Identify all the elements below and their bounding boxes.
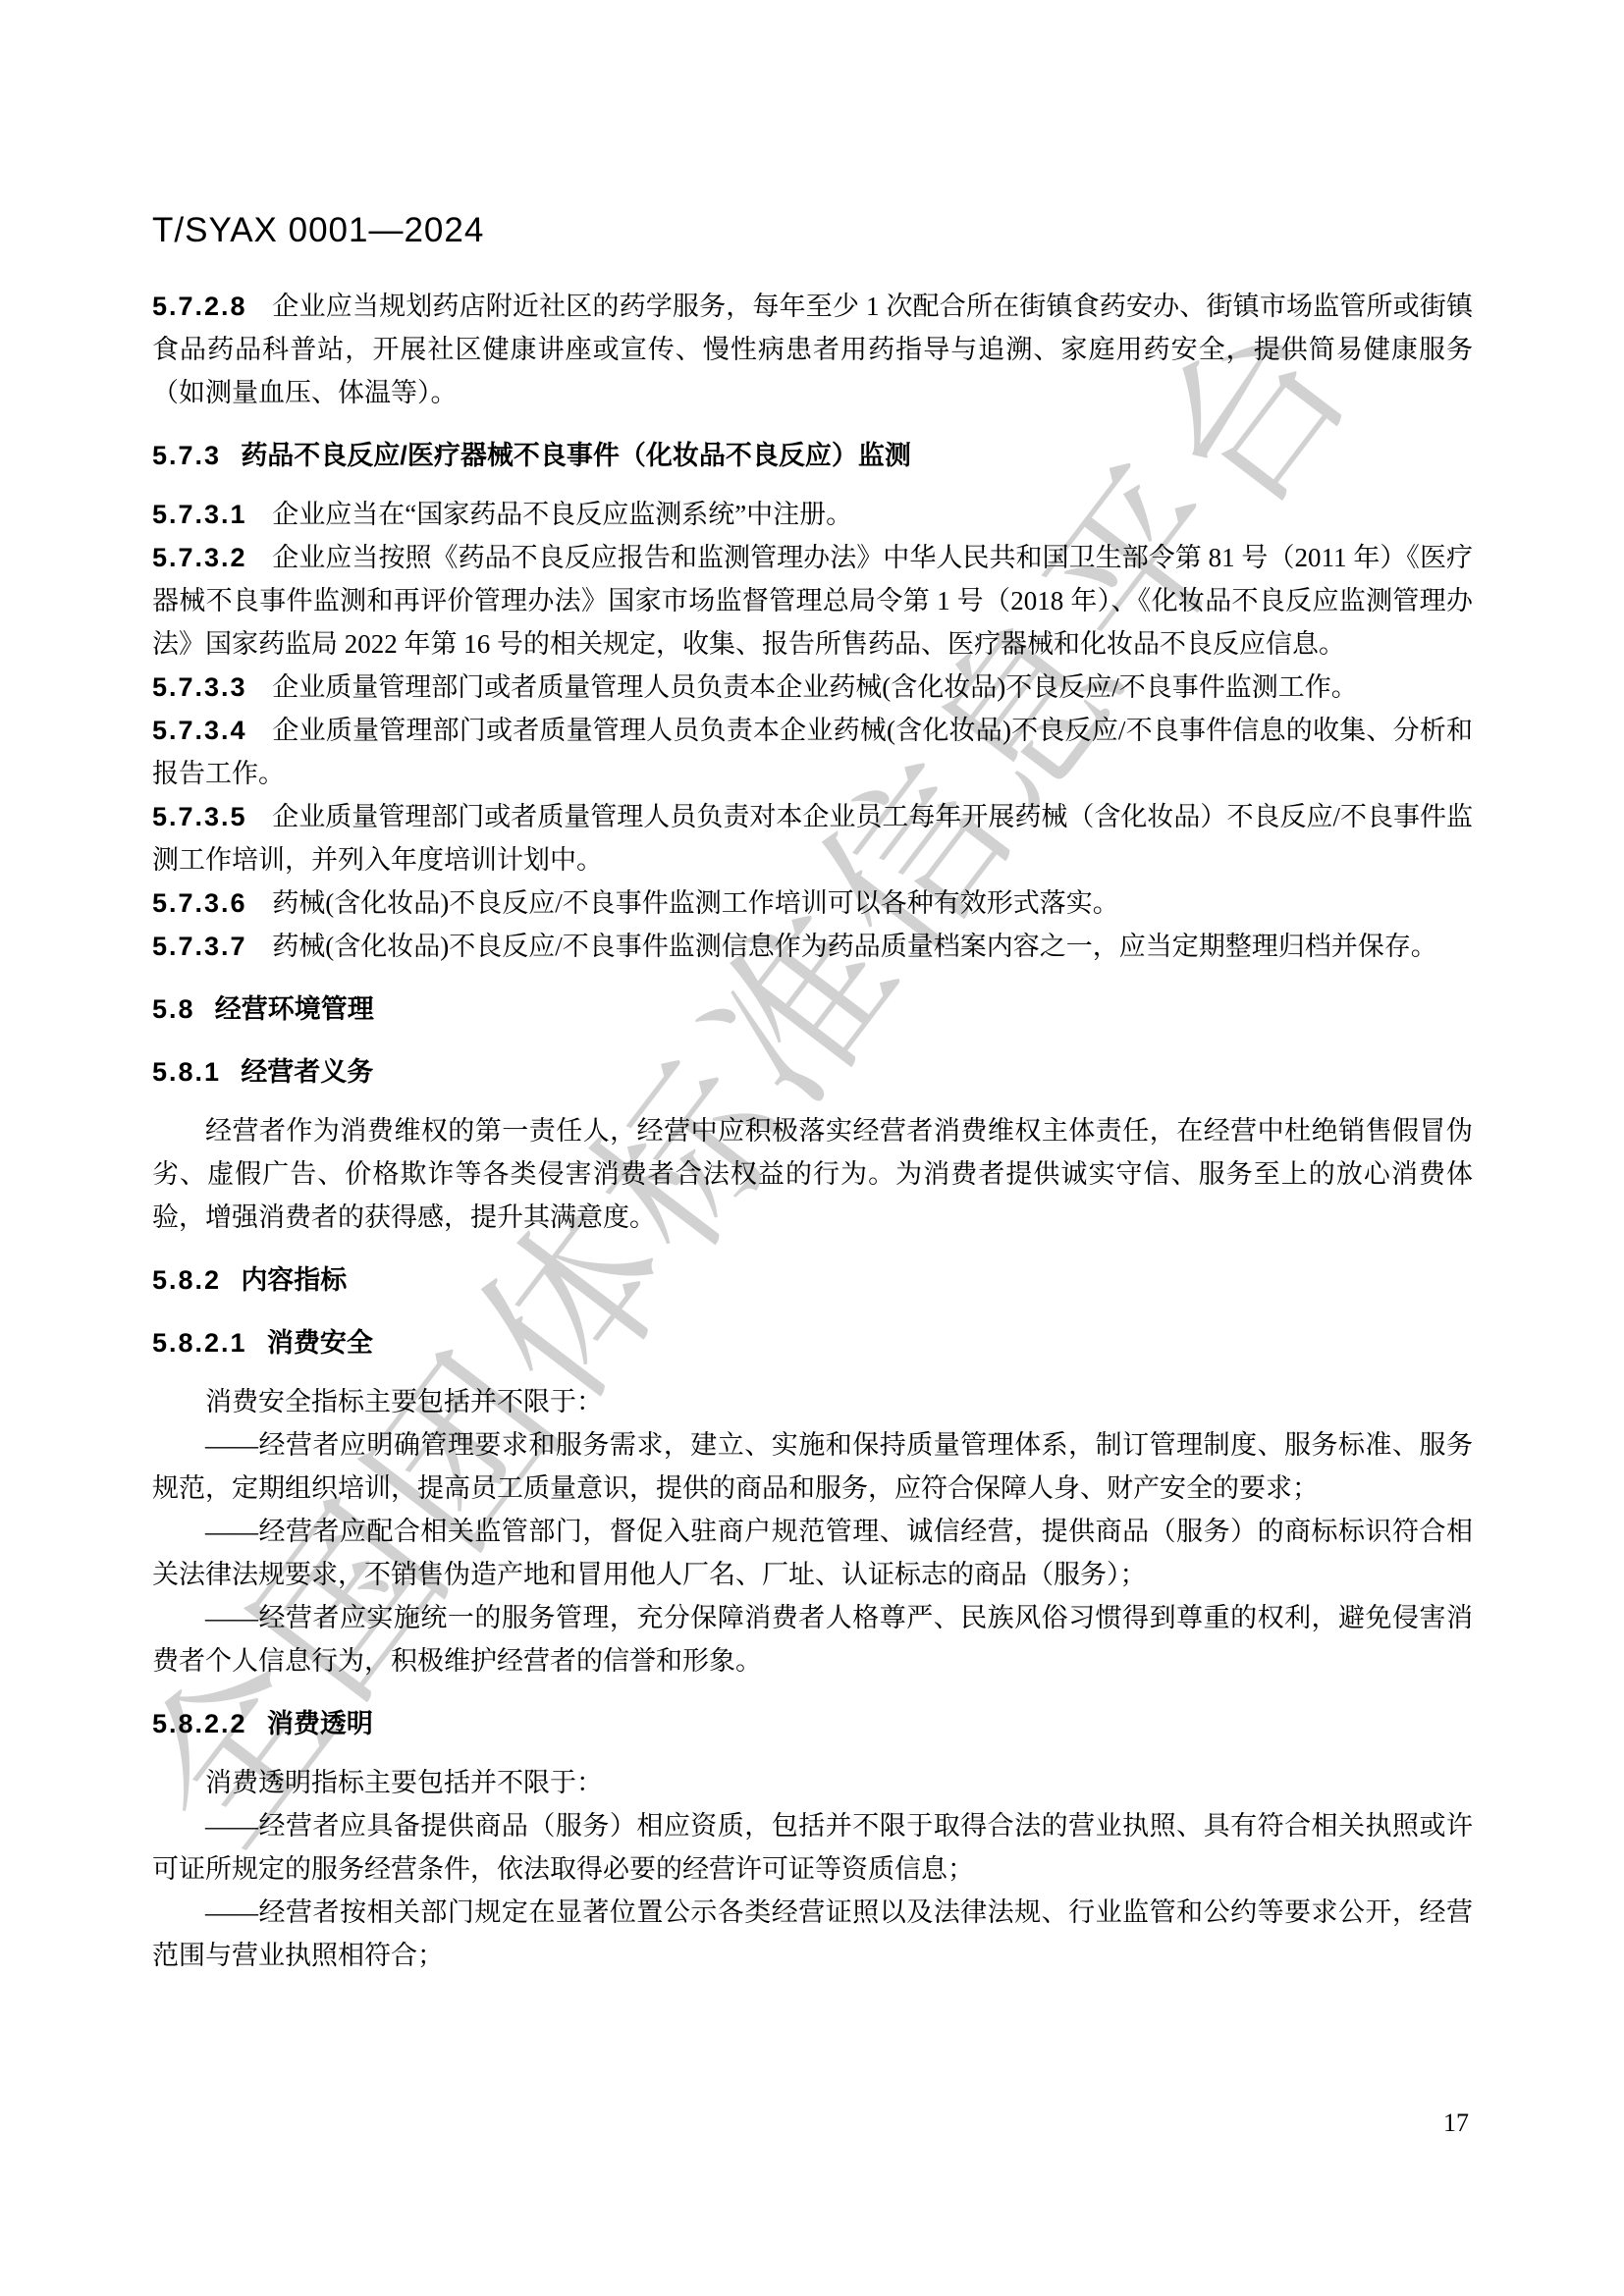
heading-5.8: 5.8经营环境管理 bbox=[152, 988, 1473, 1031]
heading-text: 药品不良反应/医疗器械不良事件（化妆品不良反应）监测 bbox=[241, 441, 911, 470]
dash-item-publicize-licenses: ——经营者按相关部门规定在显著位置公示各类经营证照以及法律法规、行业监管和公约等… bbox=[152, 1891, 1473, 1977]
clause-number: 5.7.3.4 bbox=[152, 716, 247, 745]
heading-number: 5.8.1 bbox=[152, 1057, 221, 1087]
heading-5.7.3: 5.7.3药品不良反应/医疗器械不良事件（化妆品不良反应）监测 bbox=[152, 434, 1473, 477]
clause-5.7.3.2: 5.7.3.2企业应当按照《药品不良反应报告和监测管理办法》中华人民共和国卫生部… bbox=[152, 536, 1473, 666]
heading-5.8.2.2: 5.8.2.2消费透明 bbox=[152, 1702, 1473, 1745]
paragraph-consumption-transparency-intro: 消费透明指标主要包括并不限于： bbox=[152, 1761, 1473, 1804]
dash-item-management-requirements: ——经营者应明确管理要求和服务需求，建立、实施和保持质量管理体系，制订管理制度、… bbox=[152, 1423, 1473, 1510]
clause-number: 5.7.3.1 bbox=[152, 500, 247, 529]
clause-5.7.3.5: 5.7.3.5企业质量管理部门或者质量管理人员负责对本企业员工每年开展药械（含化… bbox=[152, 795, 1473, 881]
heading-text: 消费透明 bbox=[267, 1709, 373, 1738]
clause-text: 药械(含化妆品)不良反应/不良事件监测信息作为药品质量档案内容之一，应当定期整理… bbox=[272, 932, 1436, 961]
clause-number: 5.7.2.8 bbox=[152, 292, 247, 321]
clause-number: 5.7.3.6 bbox=[152, 888, 247, 918]
heading-number: 5.8.2.2 bbox=[152, 1709, 247, 1738]
heading-text: 经营者义务 bbox=[241, 1057, 373, 1087]
page-number: 17 bbox=[1443, 2109, 1469, 2138]
paragraph-operator-duty: 经营者作为消费维权的第一责任人，经营中应积极落实经营者消费维权主体责任，在经营中… bbox=[152, 1109, 1473, 1239]
page-content: T/SYAX 0001—2024 5.7.2.8企业应当规划药店附近社区的药学服… bbox=[0, 0, 1624, 1977]
clause-number: 5.7.3.2 bbox=[152, 543, 247, 572]
heading-text: 消费安全 bbox=[267, 1328, 373, 1358]
clause-number: 5.7.3.3 bbox=[152, 672, 247, 702]
clause-number: 5.7.3.7 bbox=[152, 932, 247, 961]
heading-number: 5.7.3 bbox=[152, 441, 221, 470]
heading-number: 5.8.2 bbox=[152, 1265, 221, 1295]
heading-number: 5.8.2.1 bbox=[152, 1328, 247, 1358]
clause-5.7.3.4: 5.7.3.4企业质量管理部门或者质量管理人员负责本企业药械(含化妆品)不良反应… bbox=[152, 709, 1473, 795]
document-page: 全国团体标准信息平台 T/SYAX 0001—2024 5.7.2.8企业应当规… bbox=[0, 0, 1624, 2296]
clause-number: 5.7.3.5 bbox=[152, 802, 247, 831]
clause-text: 企业质量管理部门或者质量管理人员负责本企业药械(含化妆品)不良反应/不良事件信息… bbox=[152, 716, 1473, 788]
heading-text: 经营环境管理 bbox=[215, 994, 374, 1024]
heading-text: 内容指标 bbox=[241, 1265, 347, 1295]
clause-text: 企业应当规划药店附近社区的药学服务，每年至少 1 次配合所在街镇食药安办、街镇市… bbox=[152, 292, 1473, 407]
clause-5.7.2.8: 5.7.2.8企业应当规划药店附近社区的药学服务，每年至少 1 次配合所在街镇食… bbox=[152, 285, 1473, 414]
clause-text: 企业应当按照《药品不良反应报告和监测管理办法》中华人民共和国卫生部令第 81 号… bbox=[152, 543, 1473, 659]
clause-5.7.3.7: 5.7.3.7药械(含化妆品)不良反应/不良事件监测信息作为药品质量档案内容之一… bbox=[152, 925, 1473, 968]
heading-number: 5.8 bbox=[152, 994, 195, 1024]
clause-text: 药械(含化妆品)不良反应/不良事件监测工作培训可以各种有效形式落实。 bbox=[272, 888, 1118, 918]
heading-5.8.1: 5.8.1经营者义务 bbox=[152, 1050, 1473, 1094]
dash-item-cooperate-regulators: ——经营者应配合相关监管部门，督促入驻商户规范管理、诚信经营，提供商品（服务）的… bbox=[152, 1510, 1473, 1596]
standard-number-header: T/SYAX 0001—2024 bbox=[152, 211, 1473, 250]
dash-item-qualifications: ——经营者应具备提供商品（服务）相应资质，包括并不限于取得合法的营业执照、具有符… bbox=[152, 1804, 1473, 1891]
clause-text: 企业质量管理部门或者质量管理人员负责对本企业员工每年开展药械（含化妆品）不良反应… bbox=[152, 802, 1473, 875]
paragraph-consumption-safety-intro: 消费安全指标主要包括并不限于： bbox=[152, 1380, 1473, 1423]
clause-text: 企业质量管理部门或者质量管理人员负责本企业药械(含化妆品)不良反应/不良事件监测… bbox=[272, 672, 1357, 702]
clause-5.7.3.6: 5.7.3.6药械(含化妆品)不良反应/不良事件监测工作培训可以各种有效形式落实… bbox=[152, 881, 1473, 925]
clause-5.7.3.1: 5.7.3.1企业应当在“国家药品不良反应监测系统”中注册。 bbox=[152, 493, 1473, 536]
clause-text: 企业应当在“国家药品不良反应监测系统”中注册。 bbox=[272, 500, 852, 529]
heading-5.8.2: 5.8.2内容指标 bbox=[152, 1258, 1473, 1302]
heading-5.8.2.1: 5.8.2.1消费安全 bbox=[152, 1321, 1473, 1364]
dash-item-unified-service: ——经营者应实施统一的服务管理，充分保障消费者人格尊严、民族风俗习惯得到尊重的权… bbox=[152, 1596, 1473, 1682]
clause-5.7.3.3: 5.7.3.3企业质量管理部门或者质量管理人员负责本企业药械(含化妆品)不良反应… bbox=[152, 666, 1473, 709]
